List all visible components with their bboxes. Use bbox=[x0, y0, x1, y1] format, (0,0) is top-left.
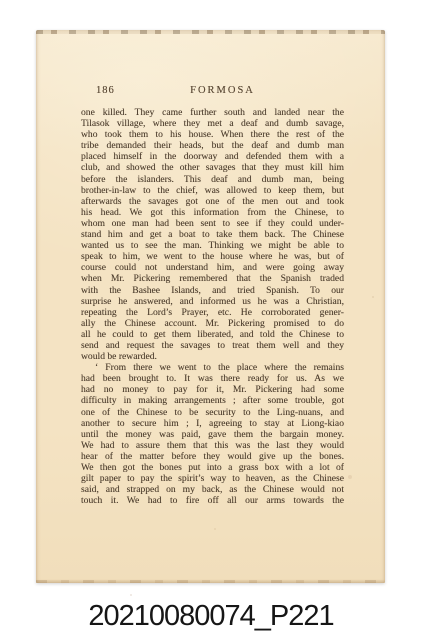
text-line: tribe demanded their heads, but the deaf… bbox=[81, 140, 344, 151]
text-line: until the money was paid, gave them the … bbox=[81, 429, 344, 440]
text-line: ally the Chinese account. Mr. Pickering … bbox=[81, 318, 344, 329]
page-bottom-edge bbox=[36, 580, 385, 583]
text-line: stand him and get a boat to take them ba… bbox=[81, 229, 344, 240]
text-line: his head. We got this information from t… bbox=[81, 207, 344, 218]
text-line: Tilasok village, where they met a deaf a… bbox=[81, 118, 344, 129]
text-line: difficulty in making arrangements ; afte… bbox=[81, 395, 344, 406]
text-line: whom one man had been sent to see if the… bbox=[81, 218, 344, 229]
text-line: ‘ From there we went to the place where … bbox=[81, 362, 344, 373]
text-line: had been brought to. It was there ready … bbox=[81, 373, 344, 384]
text-line: before the islanders. This deaf and dumb… bbox=[81, 174, 344, 185]
running-title: FORMOSA bbox=[190, 85, 255, 96]
paragraph-1: one killed. They came further south and … bbox=[81, 107, 344, 362]
text-line: with the Bashee Islands, and tried Spani… bbox=[81, 285, 344, 296]
book-page-scan: 186 FORMOSA one killed. They came furthe… bbox=[36, 30, 385, 583]
text-line: would be rewarded. bbox=[81, 351, 344, 362]
text-line: afterwards the savages got one of the me… bbox=[81, 196, 344, 207]
text-line: when Mr. Pickering remembered that the S… bbox=[81, 273, 344, 284]
text-line: gilt paper to pay the spirit’s way to he… bbox=[81, 473, 344, 484]
text-line: touch it. We had to fire off all our arm… bbox=[81, 495, 344, 506]
paragraph-2: ‘ From there we went to the place where … bbox=[81, 362, 344, 506]
text-line: one of the Chinese to be security to the… bbox=[81, 407, 344, 418]
running-head: 186 FORMOSA bbox=[81, 85, 344, 98]
text-line: hear of the matter before they would giv… bbox=[81, 451, 344, 462]
text-line: placed himself in the doorway and defend… bbox=[81, 151, 344, 162]
text-line: brother-in-law to the chief, was allowed… bbox=[81, 185, 344, 196]
text-line: repeating the Lord’s Prayer, etc. He cor… bbox=[81, 307, 344, 318]
text-line: another to secure him ; I, agreeing to s… bbox=[81, 418, 344, 429]
text-line: We then got the bones put into a grass b… bbox=[81, 462, 344, 473]
text-line: wanted us to see the man. Thinking we mi… bbox=[81, 240, 344, 251]
text-line: who took them to his house. When there t… bbox=[81, 129, 344, 140]
text-line: send and request the savages to treat th… bbox=[81, 340, 344, 351]
text-line: one killed. They came further south and … bbox=[81, 107, 344, 118]
image-id-caption: 20210080074_P221 bbox=[0, 600, 422, 633]
text-line: course could not understand him, and wer… bbox=[81, 262, 344, 273]
scan-canvas: 186 FORMOSA one killed. They came furthe… bbox=[0, 0, 422, 640]
text-line: had no money to pay for it, Mr. Pickerin… bbox=[81, 384, 344, 395]
text-line: said, and strapped on my back, as the Ch… bbox=[81, 484, 344, 495]
page-top-edge bbox=[36, 30, 385, 34]
text-line: We had to assure them that this was the … bbox=[81, 440, 344, 451]
page-number: 186 bbox=[96, 85, 115, 96]
page-body-text: one killed. They came further south and … bbox=[81, 107, 344, 506]
text-line: speak to him, we went to the house where… bbox=[81, 251, 344, 262]
text-line: all he could to get them liberated, and … bbox=[81, 329, 344, 340]
text-line: surprise he answered, and informed us he… bbox=[81, 296, 344, 307]
text-line: club, and showed the other savages that … bbox=[81, 162, 344, 173]
